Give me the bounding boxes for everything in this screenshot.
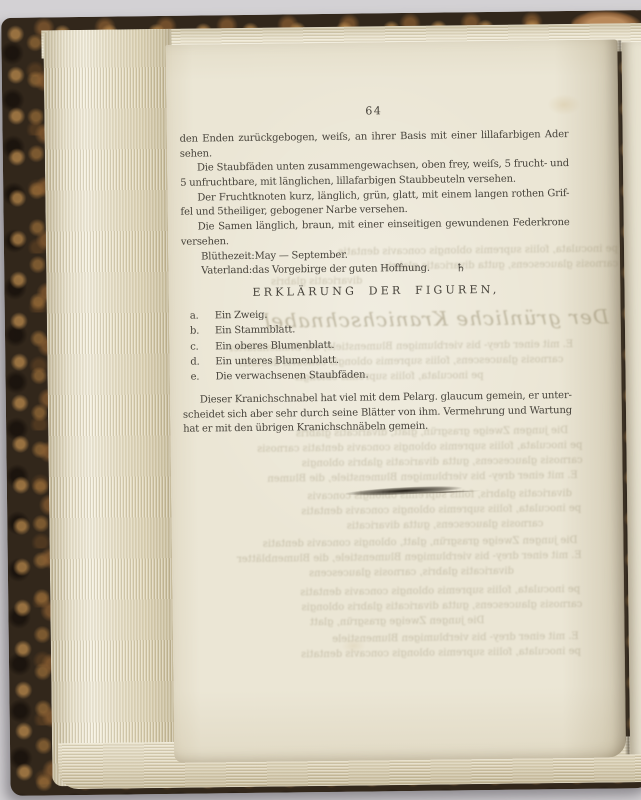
bleed-through-line: pe inoculata, foliis supremis oblongis c… <box>188 583 580 601</box>
bleed-through-line: carnosis glaucescens, gutta divaricatis <box>183 517 543 534</box>
figure-item-text: Ein Zweig. <box>215 308 268 324</box>
bloom-time-label: Blüthezeit: <box>201 249 255 264</box>
bleed-through-line: pe inoculata, foliis supremis oblongis c… <box>182 439 582 457</box>
bleed-through-line: E. mit einer drey- bis vierblumigen Blum… <box>183 469 578 487</box>
figure-item-letter: e. <box>190 370 215 386</box>
bleed-through-line: pe inoculata, foliis supremis oblongis c… <box>183 502 581 520</box>
bleed-through-line: Die jungen Zweige grasgrün, glatt <box>184 614 484 631</box>
figure-item-letter: b. <box>190 324 215 340</box>
book-scan: pe inoculata, foliis supremis oblongis c… <box>0 0 641 800</box>
figure-item-text: Ein Stammblatt. <box>215 323 295 339</box>
homeland-label: Vaterland: <box>201 264 252 279</box>
book-cover-leather: pe inoculata, foliis supremis oblongis c… <box>1 10 641 796</box>
bleed-through-line: carnosis glaucescens, gutta divaricatis … <box>184 598 582 616</box>
page-edges-left <box>43 29 180 787</box>
figure-item-text: Ein unteres Blumenblatt. <box>215 353 339 370</box>
bleed-through-line: E. mit einer drey- bis vierblumigen Blum… <box>189 630 579 648</box>
bleed-through-line: pe inoculata, foliis supremis oblongis c… <box>185 645 581 663</box>
bleed-through-line: carnosis glaucescens, gutta divaricatis … <box>183 454 583 472</box>
closing-paragraph: Dieser Kranichschnabel hat viel mit dem … <box>183 389 573 438</box>
bleed-through-line: E. mit einer drey- bis vierblumigen Blum… <box>184 549 582 567</box>
bleed-through-line: divaricatis glabris, carnosis glaucescen… <box>184 565 514 582</box>
homeland-value: das Vorgebirge der guten Hoffnung. <box>252 262 430 279</box>
figure-item-text: Ein oberes Blumenblatt. <box>215 338 334 355</box>
figure-item-letter: a. <box>190 308 215 324</box>
shrub-symbol-icon: ♄ <box>456 261 466 276</box>
figure-item-letter: c. <box>190 339 215 355</box>
figure-item-letter: d. <box>190 354 215 370</box>
figure-item-text: Die verwachsenen Staubfäden. <box>215 368 368 385</box>
bloom-time-value: May — September. <box>254 248 347 264</box>
page-number: 64 <box>179 102 568 120</box>
book-page: pe inoculata, foliis supremis oblongis c… <box>165 39 626 762</box>
bleed-through-line: Die jungen Zweige grasgrün, glatt, oblon… <box>188 534 578 552</box>
figures-heading: ERKLÄRUNG DER FIGUREN, <box>181 281 570 302</box>
text-block: 64 den Enden zurückgebogen, weiſs, an ih… <box>179 102 572 438</box>
